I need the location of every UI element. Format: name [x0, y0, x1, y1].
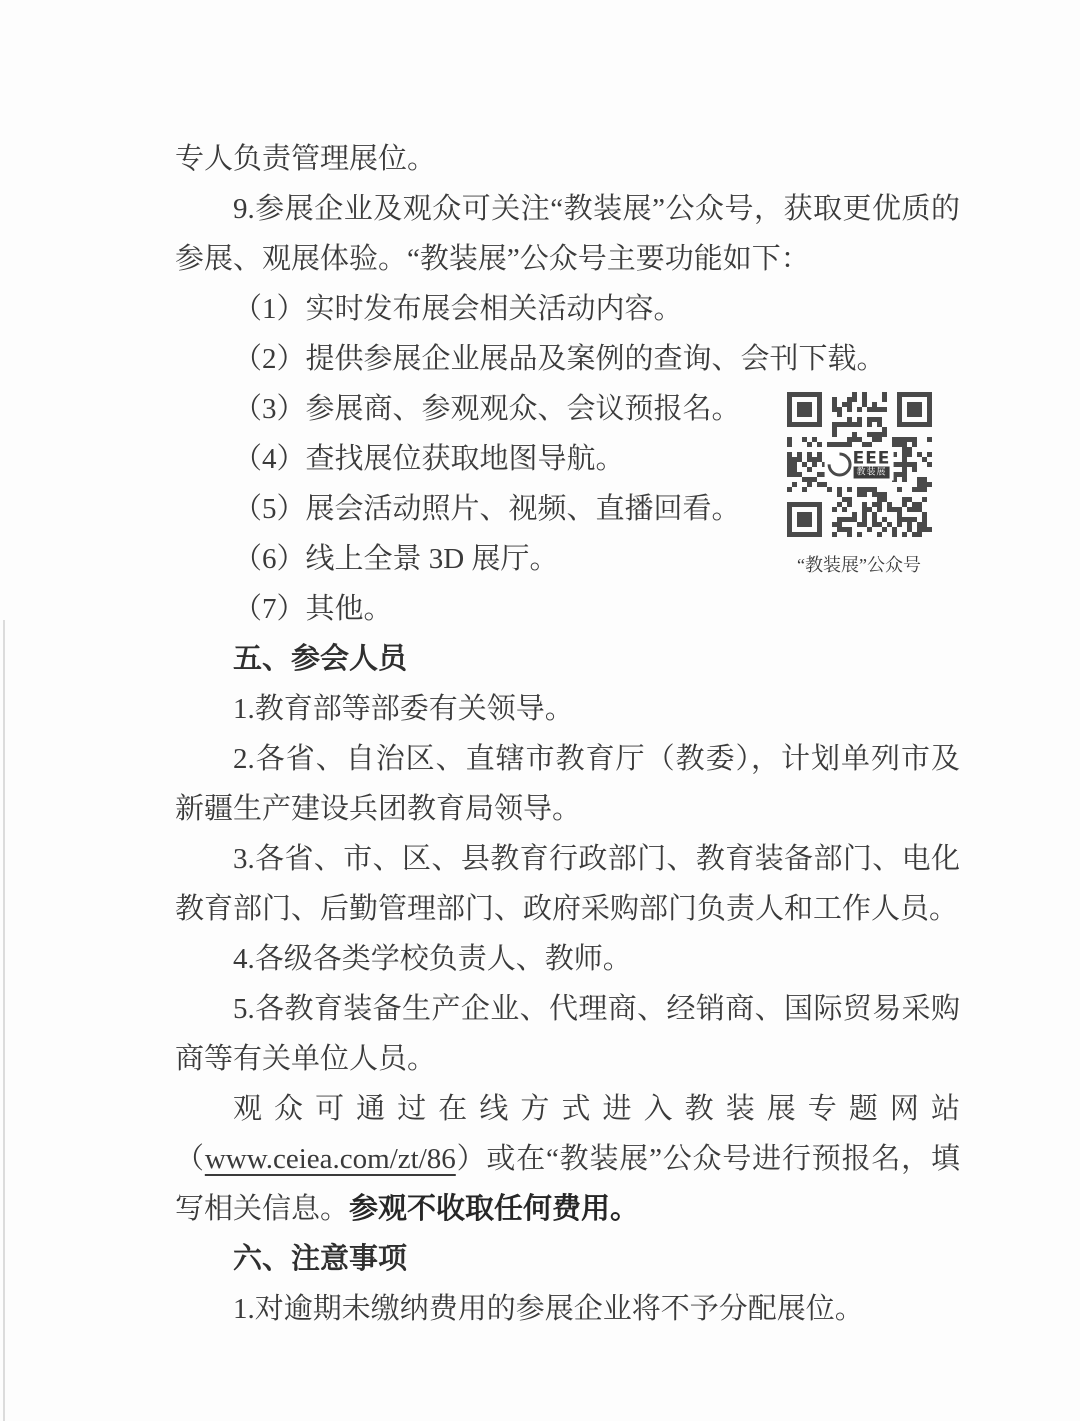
attendee-item-5: 5.各教育装备生产企业、代理商、经销商、国际贸易采购商等有关单位人员。 [175, 984, 960, 1084]
ceee-logo-subtext: 教装展 [853, 466, 889, 478]
attendee-item-4: 4.各级各类学校负责人、教师。 [175, 934, 960, 984]
ceee-logo-c-icon [823, 448, 857, 482]
para-booth-management: 专人负责管理展位。 [175, 134, 960, 184]
website-link[interactable]: www.ceiea.com/zt/86 [205, 1143, 456, 1175]
ceee-logo-text: EEE [853, 451, 891, 466]
feature-item-7: （7）其他。 [175, 584, 960, 634]
wechat-qr-block: EEE 教装展 “教装展”公众号 [780, 392, 938, 577]
attendee-item-2: 2.各省、自治区、直辖市教育厅（教委），计划单列市及新疆生产建设兵团教育局领导。 [175, 734, 960, 834]
qr-caption: “教装展”公众号 [780, 553, 938, 577]
heading-section-6: 六、注意事项 [175, 1234, 960, 1284]
attendee-item-1: 1.教育部等部委有关领导。 [175, 684, 960, 734]
attendee-item-3: 3.各省、市、区、县教育行政部门、教育装备部门、电化教育部门、后勤管理部门、政府… [175, 834, 960, 934]
para-online-registration: 观众可通过在线方式进入教装展专题网站（www.ceiea.com/zt/86）或… [175, 1084, 960, 1234]
scanned-document-page: 专人负责管理展位。 9.参展企业及观众可关注“教装展”公众号，获取更优质的参展、… [0, 0, 1080, 1421]
heading-section-5: 五、参会人员 [175, 634, 960, 684]
para-wechat-intro: 9.参展企业及观众可关注“教装展”公众号，获取更优质的参展、观展体验。“教装展”… [175, 184, 960, 284]
feature-item-2: （2）提供参展企业展品及案例的查询、会刊下载。 [175, 334, 960, 384]
document-body: 专人负责管理展位。 9.参展企业及观众可关注“教装展”公众号，获取更优质的参展、… [175, 134, 960, 1334]
qr-code: EEE 教装展 [787, 392, 932, 537]
scan-edge-artifact [3, 620, 5, 1421]
notice-item-1: 1.对逾期未缴纳费用的参展企业将不予分配展位。 [175, 1284, 960, 1334]
feature-item-1: （1）实时发布展会相关活动内容。 [175, 284, 960, 334]
free-admission-note: 参观不收取任何费用。 [349, 1193, 639, 1225]
ceee-logo: EEE 教装展 [825, 449, 894, 480]
